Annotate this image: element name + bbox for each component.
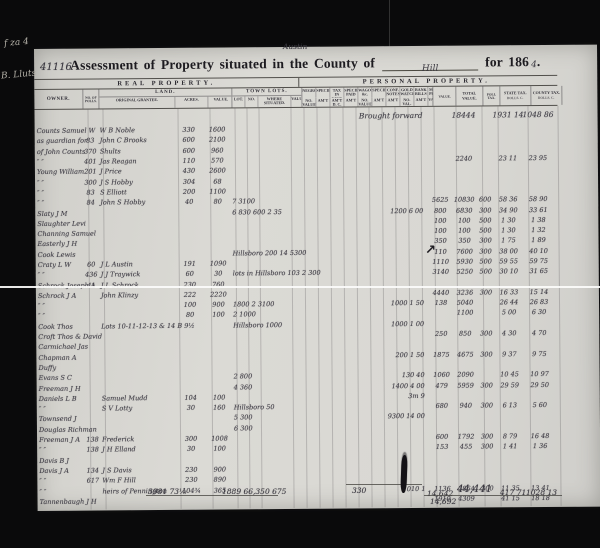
cell-county: 6 30 (524, 308, 554, 316)
footer-rule-right (424, 495, 562, 496)
cell-state: 29 59 (495, 381, 525, 389)
cell-town: Hillsboro 1000 (231, 321, 300, 330)
cell-state: 30 10 (494, 267, 524, 275)
cell-town (232, 459, 301, 460)
cell-owner: Freeman J A (37, 436, 85, 444)
cell-mid (300, 282, 430, 283)
county-tax-units-label: DOLLS. C. (538, 96, 555, 100)
cell-grantee (100, 367, 175, 368)
cell-owner: Croft Thos & David (36, 333, 84, 341)
cell-grantee (99, 357, 174, 358)
cell-state: 1 41 (495, 442, 525, 450)
cell-value: 100 (207, 393, 232, 401)
cell-polls: 84 (83, 199, 98, 207)
cell-owner: Channing Samuel (35, 230, 83, 238)
cell-acres: 230 (175, 476, 207, 484)
cell-polls: 436 (84, 271, 99, 279)
cell-misc: 3140 (430, 268, 452, 276)
cell-state: 1 30 (493, 216, 523, 224)
cell-mid (300, 344, 430, 345)
cell-total: 3236 (452, 288, 478, 296)
cell-town (230, 129, 299, 130)
cell-poll: 300 (477, 206, 493, 214)
cell-total: 5930 (452, 258, 478, 266)
cell-grantee (99, 315, 174, 316)
cell-polls: 138 (85, 446, 100, 454)
cell-state: 9 37 (494, 350, 524, 358)
cell-value: 80 (205, 198, 230, 206)
cell-total: 850 (452, 330, 478, 338)
cell-value: 900 (206, 301, 231, 309)
cell-mid: 200 1 50 (300, 351, 430, 360)
cell-county: 23 95 (523, 154, 553, 162)
cell-polls: 138 (85, 436, 100, 444)
cell-misc: 479 (431, 381, 453, 389)
cell-town (232, 438, 301, 439)
cell-owner: Cook Lewis (36, 250, 84, 258)
cell-county: 9 75 (524, 350, 554, 358)
cell-poll: 300 (478, 288, 494, 296)
cell-total: 100 (451, 227, 477, 235)
cell-town (232, 479, 301, 480)
cell-value: 900 (207, 465, 232, 473)
cell-town (231, 284, 300, 285)
cell-polls: 60 (84, 260, 99, 268)
cell-town (232, 469, 301, 470)
cell-grantee (99, 305, 174, 306)
cell-town (231, 356, 300, 357)
misc-value-col-label: VALUE. (438, 95, 450, 98)
cell-grantee: Shults (98, 147, 173, 156)
cell-county: 15 14 (524, 288, 554, 296)
cell-owner: ″ ″ (35, 158, 83, 166)
cell-town: 6 300 (232, 424, 301, 433)
cell-mid: 9300 14 00 (301, 412, 431, 421)
cell-polls: 134 (85, 466, 100, 474)
cell-mid (302, 499, 432, 500)
cell-mid (299, 190, 429, 191)
personal-col-label: BANK BILLS (414, 87, 428, 97)
cell-owner: ″ ″ (36, 271, 84, 279)
cell-mid (299, 180, 429, 181)
cell-town: 6 830 600 2 35 (230, 207, 299, 216)
film-note-top: f za 4 (4, 37, 30, 49)
personal-col-sub: AM'T (386, 97, 400, 107)
cell-value: 570 (205, 156, 230, 164)
cell-county: 1048 86 (522, 109, 552, 118)
cell-state: 59 55 (494, 257, 524, 265)
cell-owner: Davis J A (37, 467, 85, 475)
cell-mid: 130 40 (301, 371, 431, 380)
cell-state: 1 30 (493, 226, 523, 234)
cell-town (230, 116, 299, 117)
cell-grantee: J L Austin (99, 260, 174, 269)
cell-town (230, 181, 299, 182)
cell-acres: 60 (174, 270, 206, 278)
cell-state: 38 00 (494, 247, 524, 255)
cell-value: 100 (207, 445, 232, 453)
cell-state: 8 79 (495, 432, 525, 440)
cell-grantee (99, 254, 174, 255)
cell-mid (299, 221, 429, 222)
cell-total: 1792 (453, 433, 479, 441)
cell-grantee: Frederick (100, 435, 175, 444)
poll-tax-col: POLL TAX. (483, 86, 500, 105)
cell-polls: 83 (83, 137, 98, 145)
table-body: Brought forward184441931 141048 86Counts… (34, 106, 560, 510)
cell-mid (301, 427, 431, 428)
cell-misc: 4440 (430, 289, 452, 297)
cell-grantee: S Elliott (98, 188, 173, 197)
cell-grantee: J S Davis (100, 466, 175, 475)
cell-grantee (100, 460, 175, 461)
title-text: Assessment of Property situated in the C… (70, 55, 375, 73)
cell-poll: 300 (479, 381, 495, 389)
cell-grantee: J S Hobby (98, 178, 173, 187)
cell-owner: Davis B J (37, 456, 85, 464)
where-situated-col-label: WHERE SITUATED. (258, 96, 291, 107)
cell-poll: 300 (479, 432, 495, 440)
personal-col-sub: NO. VALUE (302, 97, 316, 107)
cell-acres: 300 (175, 435, 207, 443)
cell-owner: Easterly J H (36, 240, 84, 248)
cell-mid (300, 252, 430, 253)
cell-misc: 100 (429, 227, 451, 235)
no-col-label: NO. (245, 96, 258, 107)
assessment-table: REAL PROPERTY. PERSONAL PROPERTY. OWNER.… (34, 75, 560, 510)
cell-state: 26 44 (494, 298, 524, 306)
cell-town: 4 360 (232, 382, 301, 391)
personal-col-label: WAGONS &c. (358, 87, 372, 97)
county-tax-col: COUNTY TAX.DOLLS. C. (531, 86, 562, 105)
cell-town (231, 263, 300, 264)
cell-misc: 800 (429, 206, 451, 214)
cell-grantee (98, 117, 173, 118)
cell-grantee: Samuel Mudd (100, 394, 175, 403)
footer-rule-left (146, 495, 278, 496)
check-arrow: ↗ (425, 243, 436, 258)
polls-col-label: NO. OF POLLS. (84, 96, 97, 103)
cell-county: 1 36 (525, 442, 555, 450)
footer-total-value: 44,441 (457, 484, 492, 495)
cell-town (230, 139, 299, 140)
cell-owner: as guardian for (35, 137, 83, 145)
cell-grantee: J H Elland (100, 445, 175, 454)
cell-value: 68 (205, 177, 230, 185)
cell-mid: 1000 1 00 (300, 320, 430, 329)
film-scratch (389, 0, 390, 47)
cell-acres: 304 (173, 177, 205, 185)
cell-county: 1 32 (523, 226, 553, 234)
personal-col-sub: VALUE (428, 96, 432, 106)
film-note-left: B. Lluts (1, 68, 37, 81)
cell-owner: ″ ″ (37, 446, 85, 454)
cell-owner: Duffy (36, 364, 84, 372)
cell-mid (300, 313, 430, 314)
cell-mid (299, 159, 429, 160)
cell-acres: 600 (173, 146, 205, 154)
state-tax-col: STATE TAX.DOLLS. C. (500, 86, 531, 105)
cell-grantee: J J Traywick (99, 270, 174, 279)
cell-owner: ″ ″ (37, 477, 85, 485)
cell-owner: ″ ″ (35, 199, 83, 207)
cell-acres: 191 (174, 260, 206, 268)
cell-grantee (100, 429, 175, 430)
cell-poll: 500 (478, 268, 494, 276)
cell-misc: 250 (430, 330, 452, 338)
cell-county: 5 60 (525, 401, 555, 409)
cell-grantee: John C Brooks (98, 136, 173, 145)
personal-col-label: SPECIE (316, 88, 330, 98)
county-seat-note: Austin (283, 42, 307, 51)
cell-town (232, 448, 301, 449)
cell-grantee: W B Noble (98, 126, 173, 135)
cell-value: 160 (207, 404, 232, 412)
cell-county: 16 48 (525, 432, 555, 440)
cell-mid (301, 437, 431, 438)
cell-value: 1008 (207, 435, 232, 443)
cell-poll: 300 (478, 247, 494, 255)
personal-col-label: MISC. PROP. (428, 87, 432, 97)
cell-grantee: S V Lotty (100, 404, 175, 413)
personal-col-subs: NO. VALUEAM'TAM'T D. C.AM'TNO. VALUEAM'T… (302, 96, 432, 107)
cell-mid (301, 468, 431, 469)
acres-col-label: ACRES. (175, 97, 208, 108)
cell-town (231, 242, 300, 243)
cell-owner: Townsend J (37, 415, 85, 423)
cell-acres: 222 (174, 291, 206, 299)
cell-town: 5 300 (232, 413, 301, 422)
cell-mid (300, 241, 430, 242)
cell-acres: 30 (175, 404, 207, 412)
cell-acres: 30 (175, 445, 207, 453)
cell-acres: 100 (174, 301, 206, 309)
scan-artifact-line (0, 286, 600, 288)
cell-value: 1100 (205, 187, 230, 195)
personal-col-sub: AM'T (372, 97, 386, 107)
cell-state: 1 75 (493, 237, 523, 245)
personal-col-sub: AM'T (316, 97, 330, 107)
footer-rule-mid (346, 484, 422, 485)
owner-col: OWNER. (34, 90, 83, 109)
cell-acres: 600 (173, 136, 205, 144)
lot-col-label: LOT. (232, 96, 245, 107)
cell-owner: Craty L W (36, 261, 84, 269)
personal-col-sub: AM'T D. C. (330, 97, 344, 107)
cell-mid (301, 406, 431, 407)
cell-grantee (98, 223, 173, 224)
cell-owner: Schrock J A (36, 292, 84, 300)
value-col-label: VALUE. (208, 96, 231, 107)
cell-grantee (98, 212, 173, 213)
cell-mid: 1000 1 50 (300, 299, 430, 308)
cell-value: 1090 (206, 259, 231, 267)
personal-col-sub: NO. VAL. (400, 97, 414, 107)
cell-mid (299, 231, 429, 232)
grantee-col-label: ORIGINAL GRANTEE. (99, 97, 175, 109)
cell-misc: 1060 (431, 371, 453, 379)
cell-owner: Tannenbaugh J H (38, 497, 86, 505)
cell-polls: 300 (83, 178, 98, 186)
cell-value: 960 (205, 146, 230, 154)
cell-mid (299, 169, 429, 170)
cell-grantee (100, 387, 175, 388)
cell-owner: Carmichael Jas (36, 343, 84, 351)
cell-state: 10 45 (495, 370, 525, 378)
cell-owner: Cook Thos (36, 322, 84, 330)
cell-acres: 230 (175, 466, 207, 474)
cell-owner: Daniels L B (37, 394, 85, 402)
cell-town: Hillsboro 50 (232, 403, 301, 412)
cell-owner: Young William (35, 168, 83, 176)
cell-poll: 500 (477, 216, 493, 224)
cell-mid (301, 478, 431, 479)
cell-mid (300, 365, 430, 366)
cell-mid (300, 293, 430, 294)
cell-grantee (99, 243, 174, 244)
cell-total: 4675 (452, 350, 478, 358)
cell-county: 4 70 (524, 329, 554, 337)
cell-value: 2600 (205, 167, 230, 175)
cell-misc: 1875 (430, 350, 452, 358)
cell-misc: 680 (431, 402, 453, 410)
county-name-handwritten: Hill (422, 64, 439, 74)
cell-owner: Evans S C (37, 374, 85, 382)
cell-polls: 370 (83, 147, 98, 155)
cell-grantee (98, 233, 173, 234)
cell-county: 1 89 (523, 236, 553, 244)
cell-poll: 300 (479, 402, 495, 410)
cell-grantee (100, 377, 175, 378)
cell-acres: 430 (173, 167, 205, 175)
cell-town: 1800 2 3100 (231, 300, 300, 309)
cell-county: 31 65 (524, 267, 554, 275)
lot-value-col-label: VALUE. (291, 96, 301, 107)
cell-grantee (101, 501, 176, 502)
cell-mid: 1200 6 00 (299, 206, 429, 215)
cell-poll: 500 (478, 257, 494, 265)
cell-mid (300, 262, 430, 263)
cell-total: 2090 (453, 371, 479, 379)
cell-town: lots in Hillsboro 103 2 300 (231, 269, 300, 278)
cell-total: 18444 (450, 110, 476, 119)
cell-total: 5040 (452, 299, 478, 307)
cell-value: 30 (206, 270, 231, 278)
cell-total: 7600 (452, 247, 478, 255)
total-value-col-label: TOTAL VALUE. (456, 91, 482, 100)
cell-state: 4 30 (494, 329, 524, 337)
personal-col-label: CONF. NOTES (386, 87, 400, 97)
cell-acres: 330 (173, 126, 205, 134)
cell-poll: 600 (477, 196, 493, 204)
cell-town: 2 1000 (231, 310, 300, 319)
cell-polls: 201 (83, 168, 98, 176)
cell-county: 58 90 (523, 195, 553, 203)
cell-mid (300, 334, 430, 335)
cell-state: 16 33 (494, 288, 524, 296)
cell-grantee (100, 418, 175, 419)
cell-state: 58 36 (493, 195, 523, 203)
cell-total: 455 (453, 443, 479, 451)
cell-value: 100 (206, 311, 231, 319)
cell-owner: Freeman J H (37, 384, 85, 392)
cell-misc: 600 (431, 433, 453, 441)
cell-mid: 3m 9 (301, 392, 431, 401)
cell-total: 100 (451, 216, 477, 224)
cell-town (231, 366, 300, 367)
misc-value-col: VALUE. (433, 87, 456, 106)
cell-state: 5 00 (494, 309, 524, 317)
cell-mid (301, 458, 431, 459)
cell-county: 40 10 (524, 247, 554, 255)
cell-owner: ″ ″ (35, 178, 83, 186)
cell-town (230, 232, 299, 233)
document-sheet: Assessment of Property situated in the C… (34, 45, 600, 511)
cell-value: 2100 (205, 136, 230, 144)
cell-poll: 300 (478, 350, 494, 358)
cell-polls: 401 (83, 158, 98, 166)
state-tax-units-label: DOLLS. C. (507, 96, 524, 100)
cell-poll: 300 (478, 329, 494, 337)
cell-county: 10 97 (525, 370, 555, 378)
cell-total: 10830 (451, 196, 477, 204)
cell-acres: 104 (175, 394, 207, 402)
cell-owner: Counts Samuel W (35, 127, 83, 135)
cell-total: 5959 (453, 381, 479, 389)
cell-town (233, 500, 302, 501)
land-col-group: LAND. ORIGINAL GRANTEE. ACRES. VALUE. (99, 88, 232, 108)
cell-misc: 138 (430, 299, 452, 307)
cell-grantee: J Price (98, 167, 173, 176)
cell-acres: 80 (174, 311, 206, 319)
cell-owner: Douglas Richman (37, 425, 85, 433)
cell-polls: 617 (85, 477, 100, 485)
cell-misc: 153 (431, 443, 453, 451)
cell-town (230, 160, 299, 161)
cell-grantee (99, 336, 174, 337)
cell-misc: 1110 (430, 258, 452, 266)
town-lots-sub-cols: LOT. NO. WHERE SITUATED. VALUE. (232, 96, 301, 108)
cell-owner: Chapman A (36, 353, 84, 361)
cell-county: 29 50 (525, 380, 555, 388)
title-period: . (537, 54, 541, 70)
cell-owner: ″ ″ (37, 405, 85, 413)
footer-note-330: 330 (352, 486, 366, 495)
total-value-col: TOTAL VALUE. (456, 86, 483, 105)
cell-town (232, 397, 301, 398)
cell-poll: 300 (479, 443, 495, 451)
cell-total: 940 (453, 402, 479, 410)
cell-total: 1100 (452, 309, 478, 317)
cell-polls: 83 (83, 188, 98, 196)
cell-town: 2 800 (232, 372, 301, 381)
owner-col-label: OWNER. (47, 97, 70, 102)
cell-acres: 110 (173, 157, 205, 165)
cell-acres: 200 (173, 188, 205, 196)
cell-state: 1931 14 (492, 110, 522, 119)
cell-owner: Slaty J M (35, 209, 83, 217)
cell-town (231, 335, 300, 336)
cell-total: 2240 (451, 155, 477, 163)
cell-owner: Slaughter Levi (35, 219, 83, 227)
cell-town (231, 294, 300, 295)
personal-col-label: TAX IN KIND (330, 88, 344, 98)
personal-col-sub: AM'T (344, 97, 358, 107)
cell-owner: ″ ″ (35, 189, 83, 197)
cell-mid (299, 149, 429, 150)
cell-grantee: John Klinzy (99, 291, 174, 300)
cell-county: 59 75 (524, 257, 554, 265)
